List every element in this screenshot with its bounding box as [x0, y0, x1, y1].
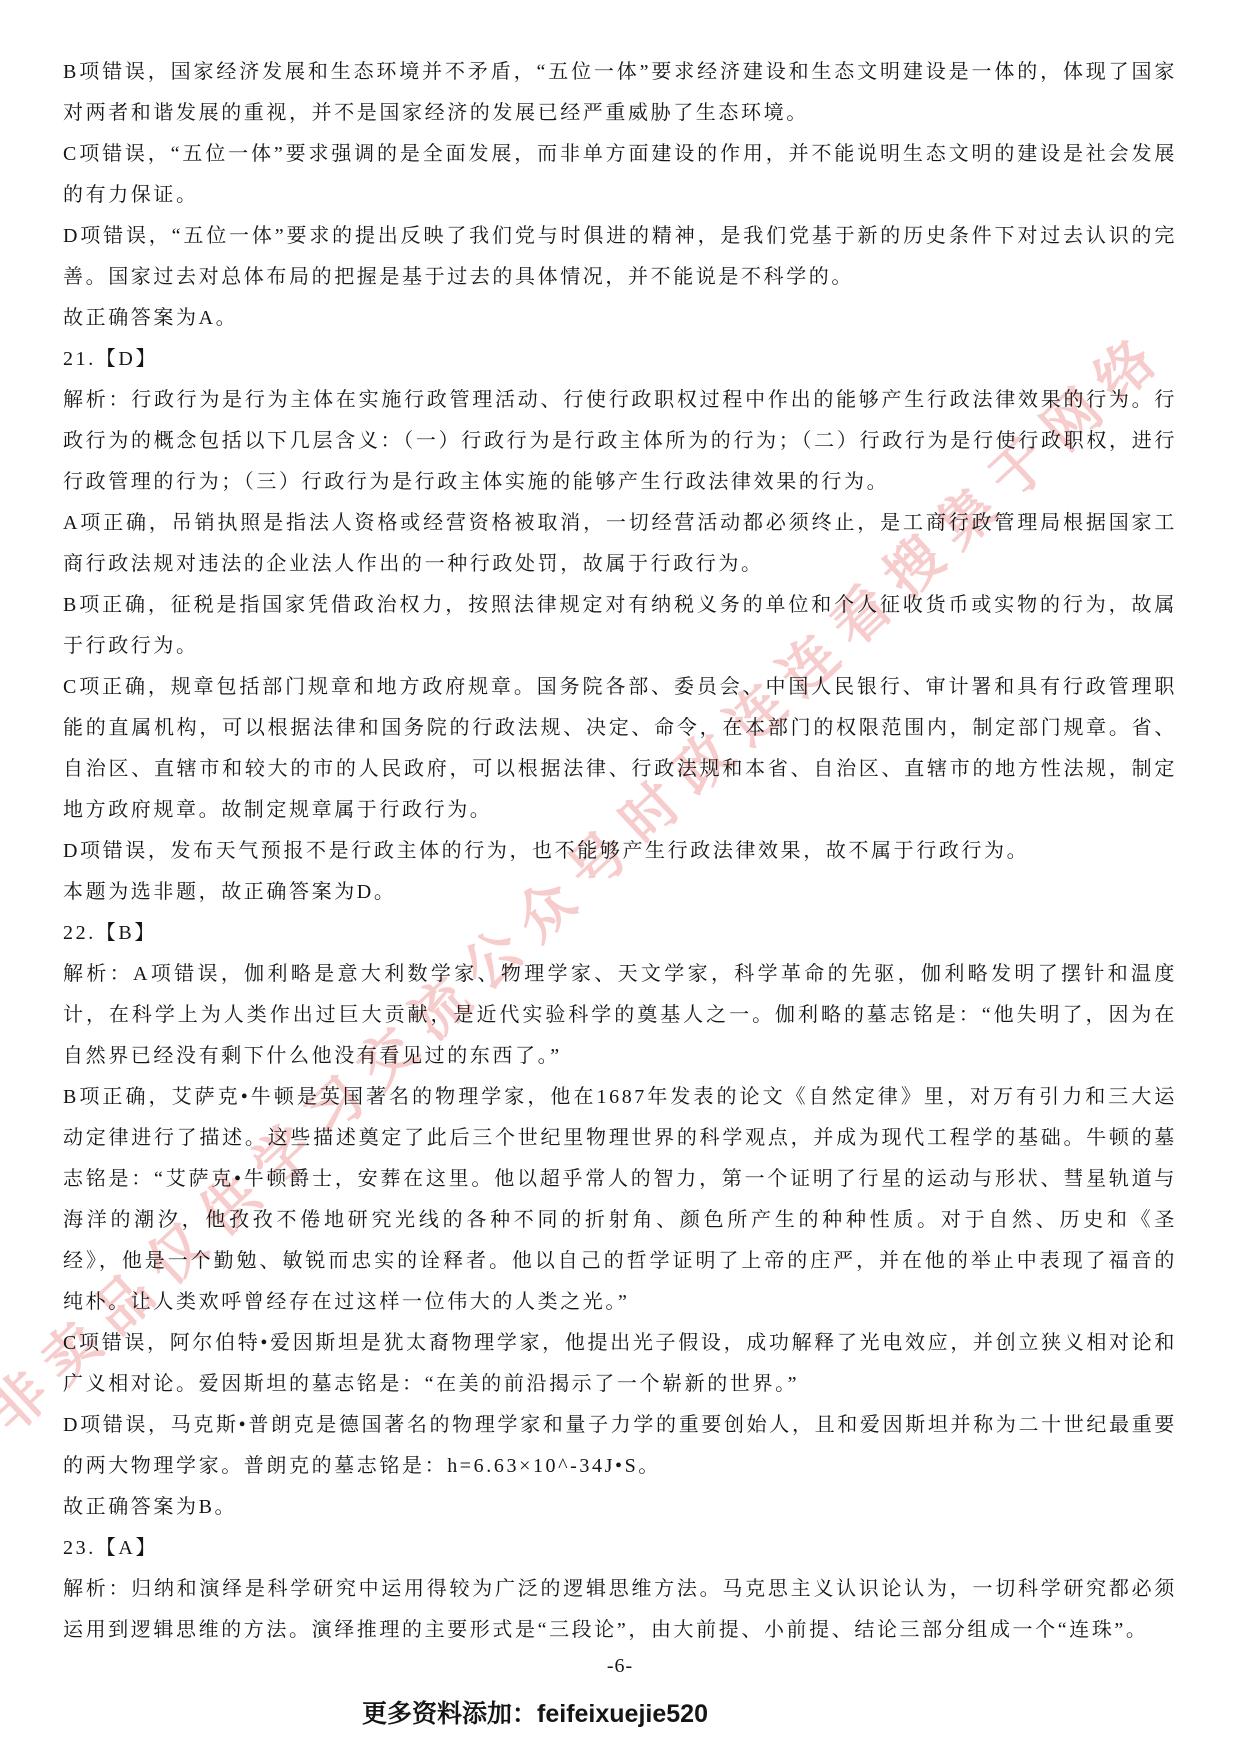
paragraph: C项正确，规章包括部门规章和地方政府规章。国务院各部、委员会、中国人民银行、审计… — [63, 667, 1177, 831]
footer-account: feifeixuejie520 — [537, 1700, 708, 1728]
paragraph: 解析：归纳和演绎是科学研究中运用得较为广泛的逻辑思维方法。马克思主义认识论认为，… — [63, 1569, 1177, 1651]
paragraph: 22.【B】 — [63, 913, 1177, 954]
paragraph: B项正确，征税是指国家凭借政治权力，按照法律规定对有纳税义务的单位和个人征收货币… — [63, 585, 1177, 667]
paragraph: 本题为选非题，故正确答案为D。 — [63, 872, 1177, 913]
paragraph: A项正确，吊销执照是指法人资格或经营资格被取消，一切经营活动都必须终止，是工商行… — [63, 503, 1177, 585]
paragraph: 故正确答案为A。 — [63, 298, 1177, 339]
paragraph: 21.【D】 — [63, 339, 1177, 380]
answer-explanations: B项错误，国家经济发展和生态环境并不矛盾，“五位一体”要求经济建设和生态文明建设… — [63, 52, 1177, 1651]
paragraph: C项错误，“五位一体”要求强调的是全面发展，而非单方面建设的作用，并不能说明生态… — [63, 134, 1177, 216]
paragraph: 23.【A】 — [63, 1528, 1177, 1569]
paragraph: D项错误，发布天气预报不是行政主体的行为，也不能够产生行政法律效果，故不属于行政… — [63, 831, 1177, 872]
paragraph: 解析：行政行为是行为主体在实施行政管理活动、行使行政职权过程中作出的能够产生行政… — [63, 380, 1177, 503]
paragraph: B项正确，艾萨克•牛顿是英国著名的物理学家，他在1687年发表的论文《自然定律》… — [63, 1077, 1177, 1323]
paragraph: B项错误，国家经济发展和生态环境并不矛盾，“五位一体”要求经济建设和生态文明建设… — [63, 52, 1177, 134]
footer-label: 更多资料添加： — [362, 1701, 537, 1728]
paragraph: 故正确答案为B。 — [63, 1487, 1177, 1528]
paragraph: C项错误，阿尔伯特•爱因斯坦是犹太裔物理学家，他提出光子假设，成功解释了光电效应… — [63, 1323, 1177, 1405]
page-number: -6- — [0, 1655, 1240, 1678]
paragraph: D项错误，马克斯•普朗克是德国著名的物理学家和量子力学的重要创始人，且和爱因斯坦… — [63, 1405, 1177, 1487]
footer-note: 更多资料添加：feifeixuejie520 — [0, 1694, 1155, 1730]
paragraph: D项错误，“五位一体”要求的提出反映了我们党与时俱进的精神，是我们党基于新的历史… — [63, 216, 1177, 298]
paragraph: 解析：A项错误，伽利略是意大利数学家、物理学家、天文学家，科学革命的先驱，伽利略… — [63, 954, 1177, 1077]
document-page: 非卖品仅供学习交流公众号时政连连看搜集于网络 B项错误，国家经济发展和生态环境并… — [0, 0, 1240, 1754]
